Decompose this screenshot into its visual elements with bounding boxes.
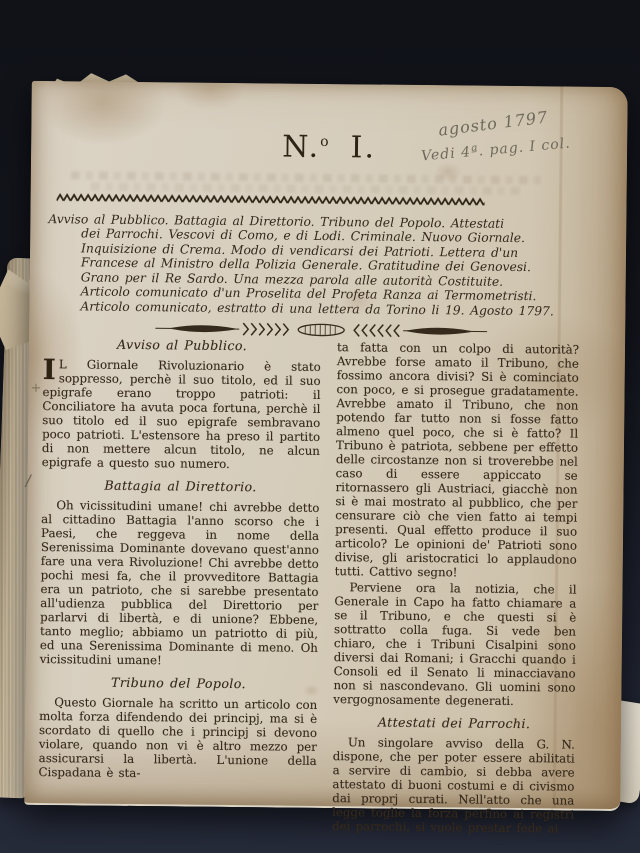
right-column: ta fatta con un colpo di autorità? Avreb…: [332, 340, 579, 838]
issue-numeral: I.: [350, 130, 376, 165]
paragraph-continuation: ta fatta con un colpo di autorità? Avreb…: [335, 340, 579, 581]
section-heading-tribuno: Tribuno del Popolo.: [39, 675, 317, 692]
paragraph-battagia: Oh vicissitudini umane! chi avrebbe dett…: [40, 498, 320, 669]
pen-slash-mark: /: [25, 474, 33, 489]
zigzag-rule: [57, 193, 485, 206]
margin-pen-mark: +: [31, 381, 42, 396]
paragraph-avviso: IL Giornale Rivoluzionario è stato soppr…: [42, 357, 321, 472]
paragraph-tribuno: Questo Giornale ha scritto un articolo c…: [38, 695, 317, 782]
issue-superscript: o: [320, 134, 329, 150]
left-column: Avviso al Pubblico. IL Giornale Rivoluzi…: [38, 337, 321, 835]
photo-canvas: { "colors": { "photo_background": "#181c…: [0, 0, 640, 853]
section-heading-battagia: /Battagia al Direttorio.: [42, 478, 320, 495]
section-heading-avviso: Avviso al Pubblico.: [43, 337, 321, 354]
paragraph-perviene: Perviene ora la notizia, che il Generale…: [333, 580, 576, 709]
index-summary: Avviso al Pubblico. Battagia al Direttor…: [47, 212, 566, 319]
issue-letter: N.: [282, 130, 320, 165]
paragraph-attestati: Un singolare avviso della G. N. dispone,…: [332, 735, 575, 836]
heading-text: Battagia al Direttorio.: [104, 478, 256, 495]
two-column-body: Avviso al Pubblico. IL Giornale Rivoluzi…: [38, 337, 579, 838]
newspaper-page: + N.oI. Avviso al Pubblico. Battagia al …: [24, 81, 628, 811]
page-sheet: + N.oI. Avviso al Pubblico. Battagia al …: [24, 81, 628, 809]
drop-cap: I: [43, 358, 56, 381]
bleedthrough-text-line: [91, 183, 521, 196]
section-heading-attestati: Attestati dei Parrochi.: [333, 715, 575, 732]
paragraph-text: L Giornale Rivoluzionario è stato soppre…: [42, 357, 321, 471]
